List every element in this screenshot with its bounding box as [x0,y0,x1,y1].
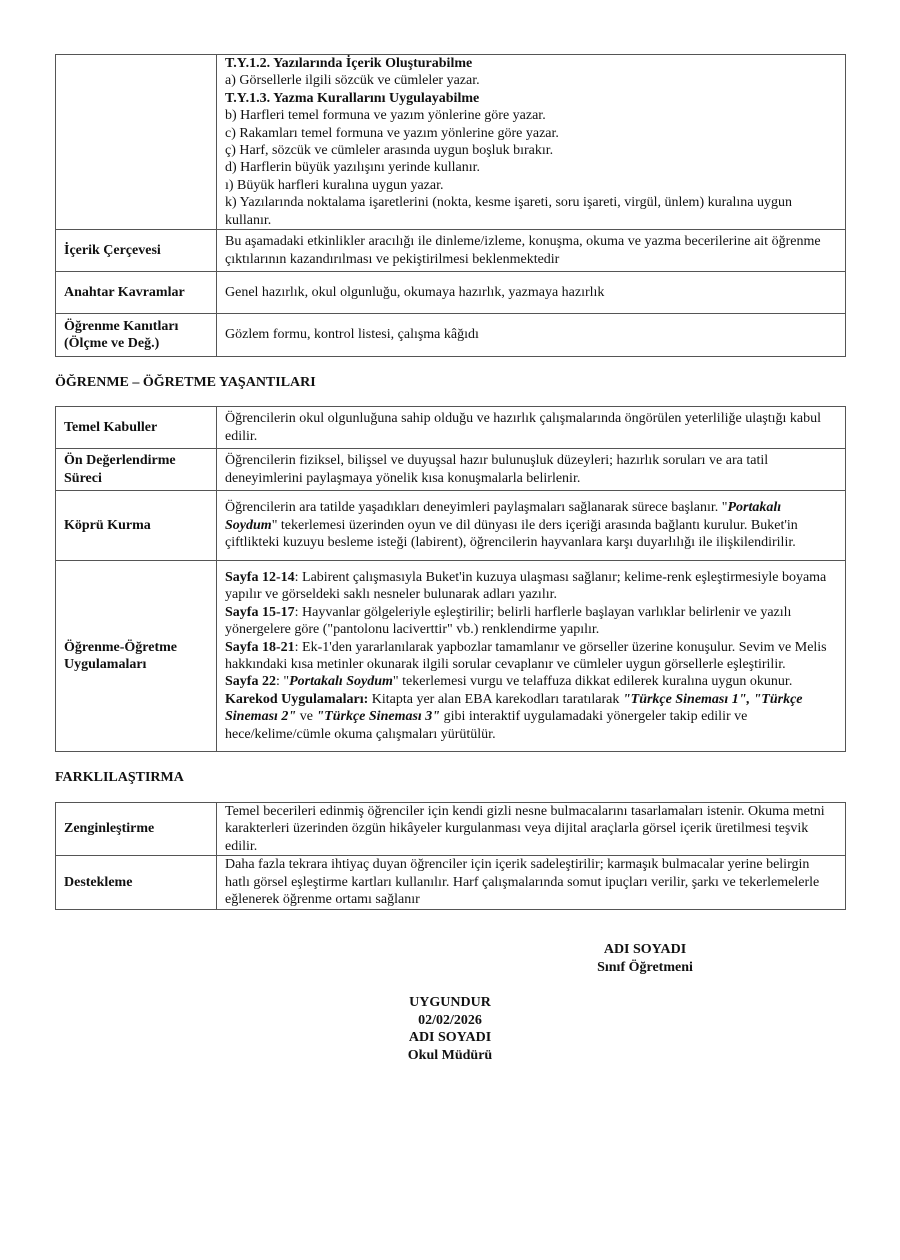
row-value: Sayfa 12-14: Labirent çalışmasıyla Buket… [217,561,846,752]
section-title-learning: ÖĞRENME – ÖĞRETME YAŞANTILARI [55,374,846,391]
outcome-item: ı) Büyük harfleri kuralına uygun yazar. [225,177,837,194]
outcome-item: a) Görsellerle ilgili sözcük ve cümleler… [225,72,837,89]
paragraph: Karekod Uygulamaları: Kitapta yer alan E… [225,691,837,743]
row-label: Köprü Kurma [56,491,217,561]
row-label: Öğrenme-Öğretme Uygulamaları [56,561,217,752]
table-row: Temel Kabuller Öğrencilerin okul olgunlu… [56,407,846,449]
teacher-title: Sınıf Öğretmeni [560,959,730,977]
outcome-heading: T.Y.1.2. Yazılarında İçerik Oluşturabilm… [225,55,837,72]
row-value: Öğrencilerin ara tatilde yaşadıkları den… [217,491,846,561]
text-segment: " tekerlemesi üzerinden oyun ve dil düny… [225,518,798,550]
text-segment: Sayfa 22 [225,674,276,689]
section-title-differentiation: FARKLILAŞTIRMA [55,769,846,786]
row-value: Genel hazırlık, okul olgunluğu, okumaya … [217,272,846,314]
text-segment: Öğrencilerin okul olgunluğuna sahip oldu… [225,411,821,443]
row-label: Zenginleştirme [56,803,217,856]
row-label: Destekleme [56,856,217,909]
text-segment: " tekerlemesi vurgu ve telaffuza dikkat … [393,674,792,689]
paragraph: Sayfa 15-17: Hayvanlar gölgeleriyle eşle… [225,604,837,639]
text-segment: Sayfa 12-14 [225,570,295,585]
text-segment: Öğrencilerin fiziksel, bilişsel ve duyuş… [225,453,768,485]
row-label: Anahtar Kavramlar [56,272,217,314]
table-row: T.Y.1.2. Yazılarında İçerik Oluşturabilm… [56,55,846,230]
paragraph: Sayfa 18-21: Ek-1'den yararlanılarak yap… [225,639,837,674]
approval-date: 02/02/2026 [365,1012,535,1030]
outcome-item: ç) Harf, sözcük ve cümleler arasında uyg… [225,142,837,159]
text-segment: : Labirent çalışmasıyla Buket'in kuzuya … [225,570,826,602]
teacher-signature: ADI SOYADI Sınıf Öğretmeni [560,941,730,976]
table-row: Köprü Kurma Öğrencilerin ara tatilde yaş… [56,491,846,561]
row-label: Temel Kabuller [56,407,217,449]
row-value: Daha fazla tekrara ihtiyaç duyan öğrenci… [217,856,846,909]
paragraph: Sayfa 12-14: Labirent çalışmasıyla Buket… [225,569,837,604]
row-label: İçerik Çerçevesi [56,230,217,272]
approval-label: UYGUNDUR [365,994,535,1012]
row-value: Temel becerileri edinmiş öğrenciler için… [217,803,846,856]
text-segment: "Türkçe Sineması 3" [316,709,440,724]
row-value: Öğrencilerin fiziksel, bilişsel ve duyuş… [217,449,846,491]
principal-title: Okul Müdürü [365,1047,535,1065]
row-value: Öğrencilerin okul olgunluğuna sahip oldu… [217,407,846,449]
row-label [56,55,217,230]
text-segment: ve [296,709,316,724]
differentiation-table: Zenginleştirme Temel becerileri edinmiş … [55,802,846,909]
outcomes-list: T.Y.1.2. Yazılarında İçerik Oluşturabilm… [217,55,846,230]
text-segment: Öğrencilerin ara tatilde yaşadıkları den… [225,500,728,515]
outcome-heading: T.Y.1.3. Yazma Kurallarını Uygulayabilme [225,90,837,107]
row-value: Bu aşamadaki etkinlikler aracılığı ile d… [217,230,846,272]
table-row: Ön Değerlendirme Süreci Öğrencilerin fiz… [56,449,846,491]
teacher-name: ADI SOYADI [560,941,730,959]
outcome-item: c) Rakamları temel formuna ve yazım yönl… [225,125,837,142]
table-row: Destekleme Daha fazla tekrara ihtiyaç du… [56,856,846,909]
row-value: Gözlem formu, kontrol listesi, çalışma k… [217,314,846,357]
paragraph: Sayfa 22: "Portakalı Soydum" tekerlemesi… [225,673,837,690]
text-segment: Kitapta yer alan EBA karekodları taratıl… [368,692,623,707]
learning-table: Temel Kabuller Öğrencilerin okul olgunlu… [55,406,846,752]
principal-signature: UYGUNDUR 02/02/2026 ADI SOYADI Okul Müdü… [365,994,535,1064]
text-segment: Portakalı Soydum [289,674,393,689]
outcome-item: k) Yazılarında noktalama işaretlerini (n… [225,194,837,229]
row-label: Ön Değerlendirme Süreci [56,449,217,491]
text-segment: : " [276,674,289,689]
outcome-item: b) Harfleri temel formuna ve yazım yönle… [225,107,837,124]
text-segment: Sayfa 18-21 [225,640,295,655]
row-label: Öğrenme Kanıtları (Ölçme ve Değ.) [56,314,217,357]
outcomes-table: T.Y.1.2. Yazılarında İçerik Oluşturabilm… [55,54,846,357]
outcome-item: d) Harflerin büyük yazılışını yerinde ku… [225,159,837,176]
table-row: Öğrenme Kanıtları (Ölçme ve Değ.) Gözlem… [56,314,846,357]
table-row: İçerik Çerçevesi Bu aşamadaki etkinlikle… [56,230,846,272]
document-page: T.Y.1.2. Yazılarında İçerik Oluşturabilm… [55,54,846,910]
principal-name: ADI SOYADI [365,1029,535,1047]
text-segment: Sayfa 15-17 [225,605,295,620]
text-segment: : Ek-1'den yararlanılarak yapbozlar tama… [225,640,827,672]
text-segment: Karekod Uygulamaları: [225,692,368,707]
table-row: Zenginleştirme Temel becerileri edinmiş … [56,803,846,856]
table-row: Öğrenme-Öğretme Uygulamaları Sayfa 12-14… [56,561,846,752]
text-segment: : Hayvanlar gölgeleriyle eşleştirilir; b… [225,605,791,637]
table-row: Anahtar Kavramlar Genel hazırlık, okul o… [56,272,846,314]
